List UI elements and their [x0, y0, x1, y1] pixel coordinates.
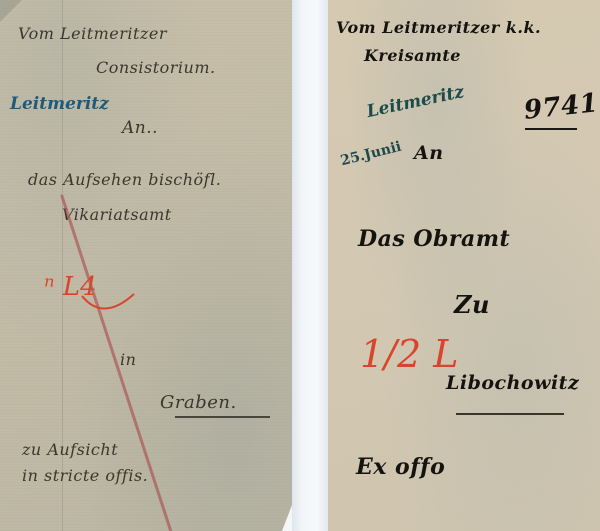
red-arc-flourish [78, 290, 138, 320]
in-word: in [120, 350, 136, 369]
sender-line-2: Kreisamte [364, 46, 461, 65]
sender-line-1: Vom Leitmeritzer [18, 24, 167, 43]
destination-underline [175, 416, 270, 418]
postmark-leitmeritz: Leitmeritz [10, 94, 109, 114]
destination-town: Libochowitz [446, 372, 579, 394]
addressee-line-1: das Aufsehen bischöfl. [28, 170, 221, 189]
note-line-2: in stricte offis. [22, 466, 148, 485]
torn-corner [282, 505, 292, 531]
postmark-date: 25.Junii [339, 139, 403, 170]
file-number-underline [525, 128, 577, 130]
addressee-line-2: Vikariatsamt [62, 205, 172, 224]
destination-underline [456, 413, 564, 415]
left-letter-cover: Vom Leitmeritzer Consistorium. Leitmerit… [0, 0, 292, 531]
red-rate-mark: 1/2 L [360, 332, 458, 376]
in-word: Zu [454, 290, 490, 319]
note-line-1: zu Aufsicht [22, 440, 118, 459]
destination-town: Graben. [160, 392, 237, 413]
folded-corner [0, 0, 22, 22]
file-number: 9741 [523, 88, 600, 126]
to-word: An [414, 142, 444, 164]
scan-background-gap [292, 0, 328, 531]
addressee: Das Obramt [358, 226, 510, 252]
sender-line-1: Vom Leitmeritzer k.k. [336, 18, 541, 37]
sender-line-2: Consistorium. [96, 58, 216, 77]
to-word: An.. [122, 118, 158, 138]
right-letter-cover: Vom Leitmeritzer k.k. Kreisamte Leitmeri… [328, 0, 600, 531]
ex-officio-note: Ex offo [356, 454, 445, 480]
postmark-town: Leitmeritz [365, 82, 466, 122]
